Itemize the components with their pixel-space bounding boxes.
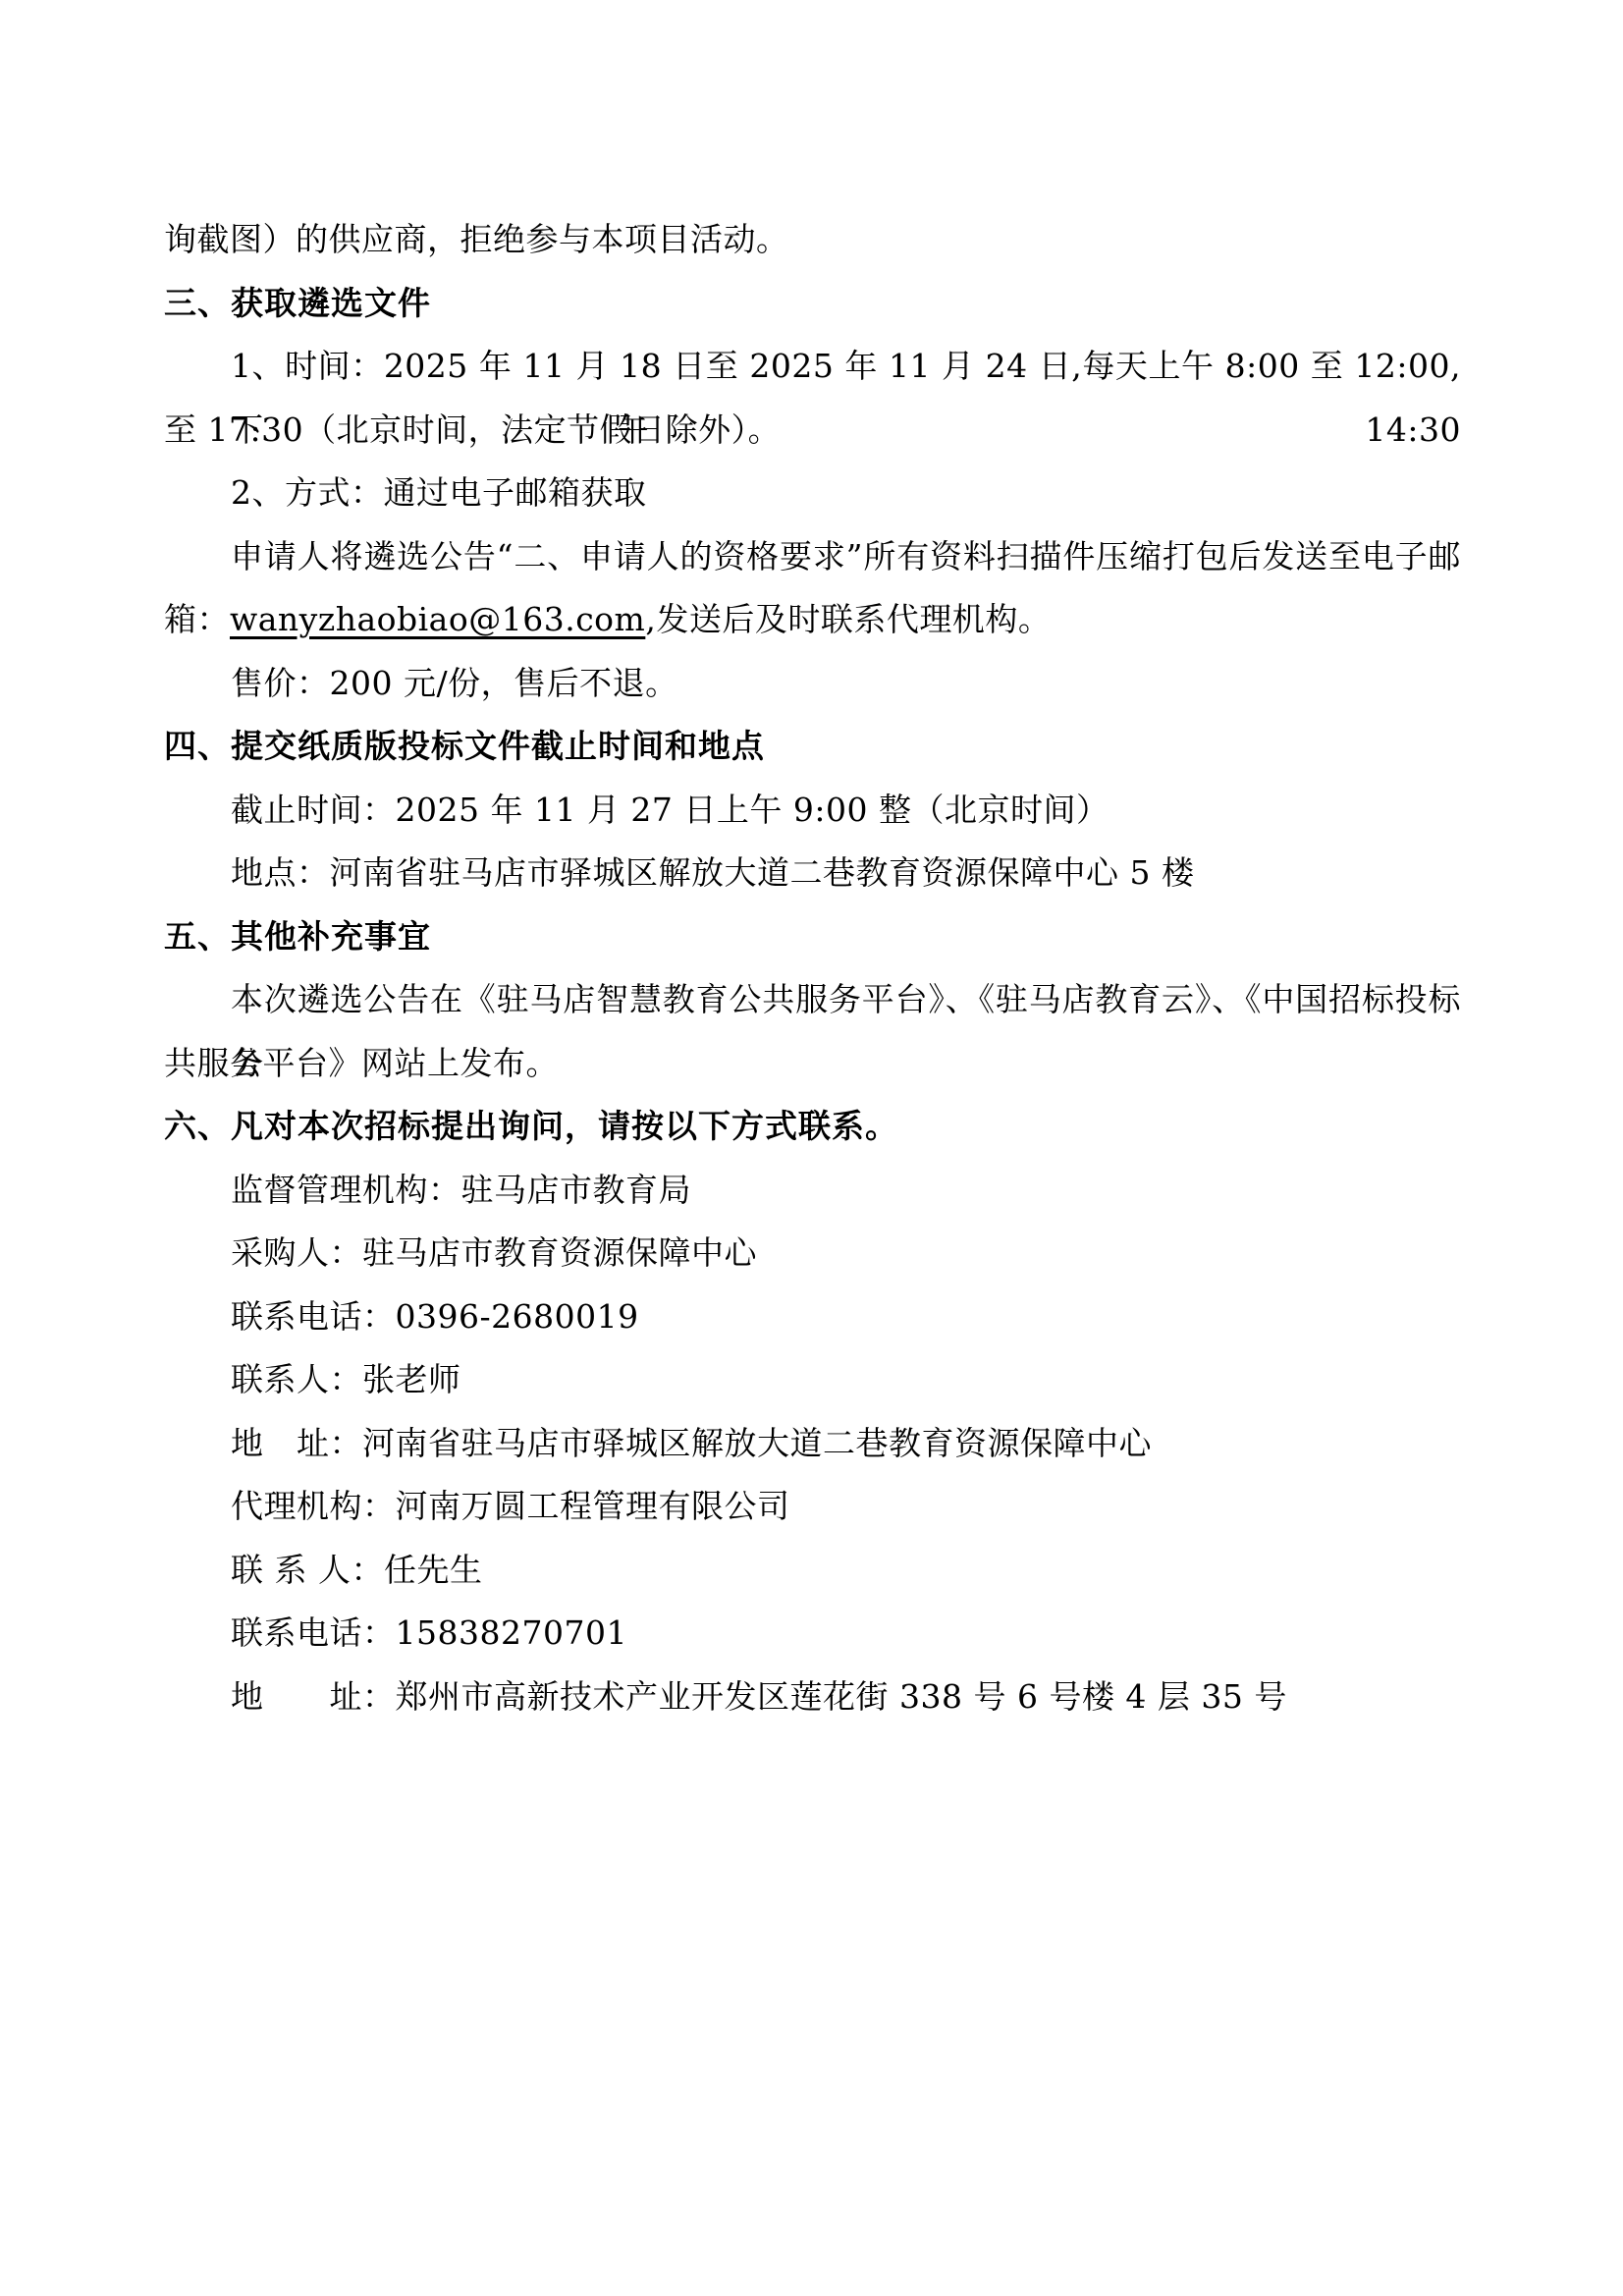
publish-platforms-line-1: 本次遴选公告在《驻马店智慧教育公共服务平台》、《驻马店教育云》、《中国招标投标公 (164, 968, 1461, 1032)
line-text: 地 址：河南省驻马店市驿城区解放大道二巷教育资源保障中心 (231, 1424, 1152, 1462)
purchaser-phone-line: 联系电话：0396-2680019 (164, 1285, 1461, 1349)
section-4-heading: 四、提交纸质版投标文件截止时间和地点 (164, 715, 1461, 779)
line-text: 代理机构：河南万圆工程管理有限公司 (231, 1487, 790, 1525)
purchaser-line: 采购人：驻马店市教育资源保障中心 (164, 1222, 1461, 1285)
applicant-instruction-line-2: 箱：wanyzhaobiao@163.com,发送后及时联系代理机构。 (164, 588, 1461, 652)
line-text: 截止时间：2025 年 11 月 27 日上午 9:00 整（北京时间） (231, 791, 1109, 829)
section-3-heading: 三、获取遴选文件 (164, 272, 1461, 336)
method-line: 2、方式：通过电子邮箱获取 (164, 462, 1461, 525)
line-text: 2、方式：通过电子邮箱获取 (231, 473, 647, 512)
email-link[interactable]: wanyzhaobiao@163.com (230, 600, 645, 638)
line-text: 六、凡对本次招标提出询问，请按以下方式联系。 (164, 1107, 898, 1145)
price-line: 售价：200 元/份，售后不退。 (164, 652, 1461, 716)
line-text: 四、提交纸质版投标文件截止时间和地点 (164, 727, 765, 765)
line-text: 联 系 人：任先生 (231, 1551, 482, 1589)
line-text: 三、获取遴选文件 (164, 284, 431, 322)
purchaser-contact-line: 联系人：张老师 (164, 1348, 1461, 1412)
section-6-heading: 六、凡对本次招标提出询问，请按以下方式联系。 (164, 1095, 1461, 1159)
document-page: 询截图）的供应商，拒绝参与本项目活动。 三、获取遴选文件 1、时间：2025 年… (0, 0, 1623, 2296)
paragraph-tail-supplier-refuse: 询截图）的供应商，拒绝参与本项目活动。 (164, 208, 1461, 272)
line-text-after-link: ,发送后及时联系代理机构。 (645, 600, 1051, 638)
submit-location-line: 地点：河南省驻马店市驿城区解放大道二巷教育资源保障中心 5 楼 (164, 842, 1461, 905)
applicant-instruction-line-1: 申请人将遴选公告“二、申请人的资格要求”所有资料扫描件压缩打包后发送至电子邮 (164, 525, 1461, 589)
line-text: 售价：200 元/份，售后不退。 (231, 664, 678, 702)
line-text: 至 17:30（北京时间，法定节假日除外）。 (164, 410, 781, 449)
agency-address-line: 地 址：郑州市高新技术产业开发区莲花街 338 号 6 号楼 4 层 35 号 (164, 1666, 1461, 1729)
purchaser-address-line: 地 址：河南省驻马店市驿城区解放大道二巷教育资源保障中心 (164, 1412, 1461, 1476)
line-text: 询截图）的供应商，拒绝参与本项目活动。 (164, 220, 789, 258)
line-text: 地点：河南省驻马店市驿城区解放大道二巷教育资源保障中心 5 楼 (231, 853, 1194, 892)
line-text: 联系人：张老师 (231, 1360, 461, 1398)
agency-line: 代理机构：河南万圆工程管理有限公司 (164, 1475, 1461, 1539)
document-content: 询截图）的供应商，拒绝参与本项目活动。 三、获取遴选文件 1、时间：2025 年… (164, 208, 1461, 1728)
deadline-line: 截止时间：2025 年 11 月 27 日上午 9:00 整（北京时间） (164, 779, 1461, 843)
line-text: 地 址：郑州市高新技术产业开发区莲花街 338 号 6 号楼 4 层 35 号 (231, 1677, 1287, 1716)
line-text: 联系电话：0396-2680019 (231, 1297, 639, 1336)
line-text: 联系电话：15838270701 (231, 1613, 627, 1652)
line-text: 共服务平台》网站上发布。 (164, 1044, 559, 1082)
agency-contact-line: 联 系 人：任先生 (164, 1539, 1461, 1603)
line-text: 申请人将遴选公告“二、申请人的资格要求”所有资料扫描件压缩打包后发送至电子邮 (231, 537, 1461, 575)
time-line-1: 1、时间：2025 年 11 月 18 日至 2025 年 11 月 24 日,… (164, 335, 1461, 399)
supervisor-line: 监督管理机构：驻马店市教育局 (164, 1159, 1461, 1223)
line-text: 五、其他补充事宜 (164, 917, 431, 956)
line-text: 采购人：驻马店市教育资源保障中心 (231, 1233, 757, 1272)
line-text: 箱： (164, 600, 230, 638)
line-text: 监督管理机构：驻马店市教育局 (231, 1171, 691, 1209)
section-5-heading: 五、其他补充事宜 (164, 905, 1461, 969)
agency-phone-line: 联系电话：15838270701 (164, 1602, 1461, 1666)
publish-platforms-line-2: 共服务平台》网站上发布。 (164, 1032, 1461, 1096)
